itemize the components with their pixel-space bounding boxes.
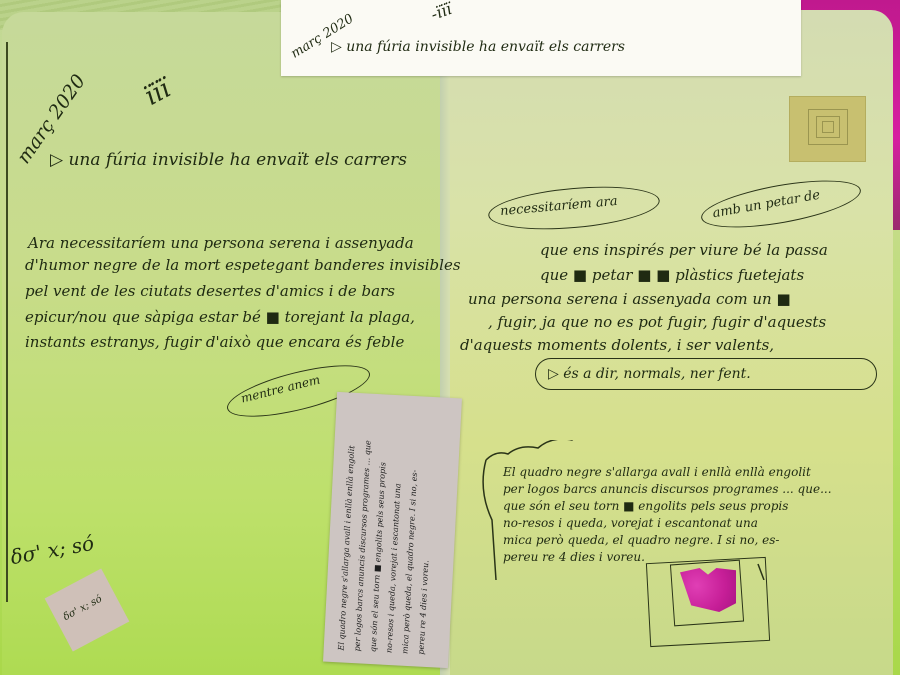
para-right-3: una persona serena i assenyada com un ■ — [468, 292, 791, 307]
cloud-line-5: mica però queda, el quadro negre. I si n… — [503, 534, 779, 546]
stamp-square — [789, 96, 866, 162]
cloud-line-1: El quadro negre s'allarga avall i enllà … — [503, 466, 811, 478]
para-right-2: que ■ petar ■ ■ plàstics fuetejats — [540, 268, 804, 283]
para-right-1: que ens inspirés per viure bé la passa — [540, 243, 828, 258]
para-left-4: epicur/nou que sàpiga estar bé ■ torejan… — [25, 310, 415, 325]
para-right-5: d'aquests moments dolents, i ser valents… — [460, 338, 774, 353]
cloud-line-3: que són el seu torn ■ engolits pels seus… — [503, 500, 788, 512]
top-scribble: -ïïï — [429, 1, 454, 23]
para-left-5: instants estranys, fugir d'això que enca… — [25, 335, 404, 350]
cloud-line-4: no-resos i queda, vorejat i escantonat u… — [503, 517, 758, 529]
closing-line: ▷ és a dir, normals, ner fent. — [548, 367, 751, 381]
margin-rule — [6, 42, 8, 602]
cloud-line-2: per logos barcs anuncis discursos progra… — [503, 483, 832, 495]
para-right-4: , fugir, ja que no es pot fugir, fugir d… — [488, 315, 826, 330]
left-line1: ▷ una fúria invisible ha envaït els carr… — [50, 152, 407, 169]
top-line: ▷ una fúria invisible ha envaït els carr… — [331, 40, 625, 54]
vertical-note-text: El quadro negre s'allarga avall i enllà … — [334, 439, 441, 655]
cloud-line-6: pereu re 4 dies i voreu. — [503, 551, 645, 563]
para-left-2: d'humor negre de la mort espetegant band… — [25, 258, 461, 273]
para-left-3: pel vent de les ciutats desertes d'amics… — [25, 284, 395, 299]
vertical-paper-note: El quadro negre s'allarga avall i enllà … — [323, 392, 462, 668]
para-left-1: Ara necessitaríem una persona serena i a… — [28, 236, 414, 251]
top-paper-scrap: març 2020 -ïïï ▷ una fúria invisible ha … — [281, 0, 801, 76]
small-note-text: δσ' x; só — [62, 594, 104, 623]
